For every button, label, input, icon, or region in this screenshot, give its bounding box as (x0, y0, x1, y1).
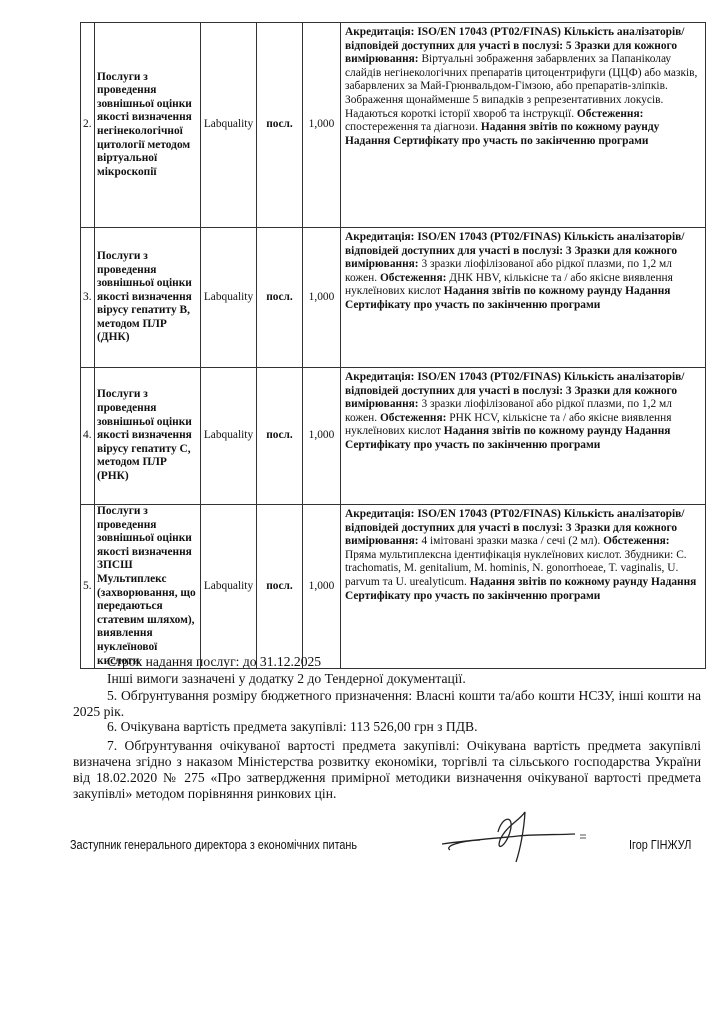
signatory-name: Ігор ГІНЖУЛ (629, 838, 691, 852)
supplier: Labquality (201, 228, 257, 368)
service-name: Послуги з проведення зовнішньої оцінки я… (95, 23, 201, 228)
service-description: Акредитація: ISO/EN 17043 (PT02/FINAS) К… (341, 228, 706, 368)
table-row: 4.Послуги з проведення зовнішньої оцінки… (81, 368, 706, 505)
service-name: Послуги з проведення зовнішньої оцінки я… (95, 228, 201, 368)
description-segment: Обстеження: (603, 535, 670, 547)
description-segment: Обстеження: (380, 272, 447, 284)
unit: посл. (257, 368, 303, 505)
other-requirements: Інші вимоги зазначені у додатку 2 до Тен… (107, 671, 701, 687)
unit: посл. (257, 505, 303, 669)
row-number: 2. (81, 23, 95, 228)
unit: посл. (257, 228, 303, 368)
service-description: Акредитація: ISO/EN 17043 (PT02/FINAS) К… (341, 505, 706, 669)
service-term: Строк надання послуг: до 31.12.2025 (107, 654, 701, 670)
service-description: Акредитація: ISO/EN 17043 (PT02/FINAS) К… (341, 23, 706, 228)
row-number: 4. (81, 368, 95, 505)
table-row: 3.Послуги з проведення зовнішньої оцінки… (81, 228, 706, 368)
supplier: Labquality (201, 23, 257, 228)
quantity: 1,000 (303, 505, 341, 669)
quantity: 1,000 (303, 228, 341, 368)
signatory-position: Заступник генерального директора з еконо… (70, 838, 357, 852)
description-segment: 4 імітовані зразки мазка / сечі (2 мл). (419, 535, 603, 547)
table-row: 5.Послуги з проведення зовнішньої оцінки… (81, 505, 706, 669)
handwritten-signature (440, 810, 590, 872)
service-description: Акредитація: ISO/EN 17043 (PT02/FINAS) К… (341, 368, 706, 505)
description-segment: Обстеження: (577, 108, 644, 120)
service-name: Послуги з проведення зовнішньої оцінки я… (95, 505, 201, 669)
row-number: 3. (81, 228, 95, 368)
services-table: 2.Послуги з проведення зовнішньої оцінки… (80, 22, 706, 669)
description-segment: спостереження та діагнози. (345, 121, 481, 133)
unit: посл. (257, 23, 303, 228)
table-row: 2.Послуги з проведення зовнішньої оцінки… (81, 23, 706, 228)
supplier: Labquality (201, 368, 257, 505)
expected-cost: 6. Очікувана вартість предмета закупівлі… (73, 719, 701, 735)
supplier: Labquality (201, 505, 257, 669)
row-number: 5. (81, 505, 95, 669)
description-segment: Обстеження: (380, 412, 447, 424)
service-name: Послуги з проведення зовнішньої оцінки я… (95, 368, 201, 505)
budget-justification: 5. Обґрунтування розміру бюджетного приз… (73, 688, 701, 720)
cost-justification: 7. Обґрунтування очікуваної вартості пре… (73, 738, 701, 802)
quantity: 1,000 (303, 368, 341, 505)
quantity: 1,000 (303, 23, 341, 228)
